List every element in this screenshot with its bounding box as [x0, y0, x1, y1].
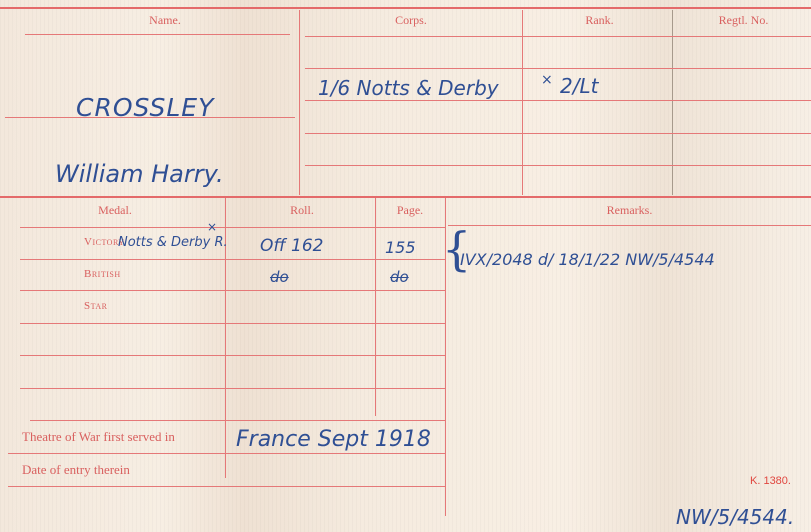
victory-roll: Off 162 — [260, 236, 324, 256]
corps-rule-2 — [305, 68, 811, 69]
regtl-no-header: Regtl. No. — [676, 13, 811, 28]
remarks-value: IVX/2048 d/ 18/1/22 NW/5/4544 — [460, 250, 715, 269]
page-header: Page. — [376, 203, 444, 218]
divider-name-corps — [299, 10, 300, 195]
rank-mark: × — [541, 72, 553, 88]
divider-corps-rank — [522, 10, 523, 195]
medal-index-card: Name. Corps. Rank. Regtl. No. CROSSLEY W… — [0, 0, 811, 532]
forenames-value: William Harry. — [55, 160, 224, 188]
medal-rule-6 — [20, 388, 445, 389]
date-of-entry-label: Date of entry therein — [22, 462, 130, 478]
medal-rule-4 — [20, 323, 445, 324]
victory-page: 155 — [385, 238, 416, 257]
british-roll: do — [270, 268, 289, 286]
theatre-rule — [8, 453, 445, 454]
name-rule-1 — [25, 34, 290, 35]
corps-value: 1/6 Notts & Derby — [318, 76, 499, 100]
medal-rule-1 — [20, 227, 445, 228]
remarks-rule-1 — [448, 225, 811, 226]
divider-rank-regtl — [672, 10, 673, 195]
corps-rule-3 — [305, 100, 811, 101]
corps-rule-4 — [305, 133, 811, 134]
top-border-line — [0, 7, 811, 9]
bottom-rule — [8, 486, 445, 487]
medal-label-star: Star — [84, 300, 107, 312]
remarks-header: Remarks. — [448, 203, 811, 218]
corps-header: Corps. — [302, 13, 520, 28]
medal-rule-3 — [20, 290, 445, 291]
medal-label-british: British — [84, 268, 121, 280]
medal-rule-2 — [20, 259, 445, 260]
divider-roll-page — [375, 198, 376, 416]
medal-rule-5 — [20, 355, 445, 356]
theatre-label: Theatre of War first served in — [22, 429, 175, 445]
form-number-stamp: K. 1380. — [750, 475, 791, 487]
british-page: do — [390, 268, 409, 286]
name-header: Name. — [40, 13, 290, 28]
medal-rule-7 — [30, 420, 445, 421]
victory-annotation: Notts & Derby R. — [118, 235, 228, 250]
theatre-value: France Sept 1918 — [236, 427, 431, 452]
rank-value: 2/Lt — [560, 74, 598, 98]
middle-border-line — [0, 196, 811, 198]
rank-header: Rank. — [527, 13, 672, 28]
roll-header: Roll. — [228, 203, 376, 218]
victory-mark: × — [207, 220, 217, 234]
corps-rule-1 — [305, 36, 811, 37]
medal-header: Medal. — [60, 203, 170, 218]
surname-value: CROSSLEY — [76, 93, 214, 122]
footer-reference: NW/5/4544. — [676, 505, 794, 529]
corps-rule-5 — [305, 165, 811, 166]
